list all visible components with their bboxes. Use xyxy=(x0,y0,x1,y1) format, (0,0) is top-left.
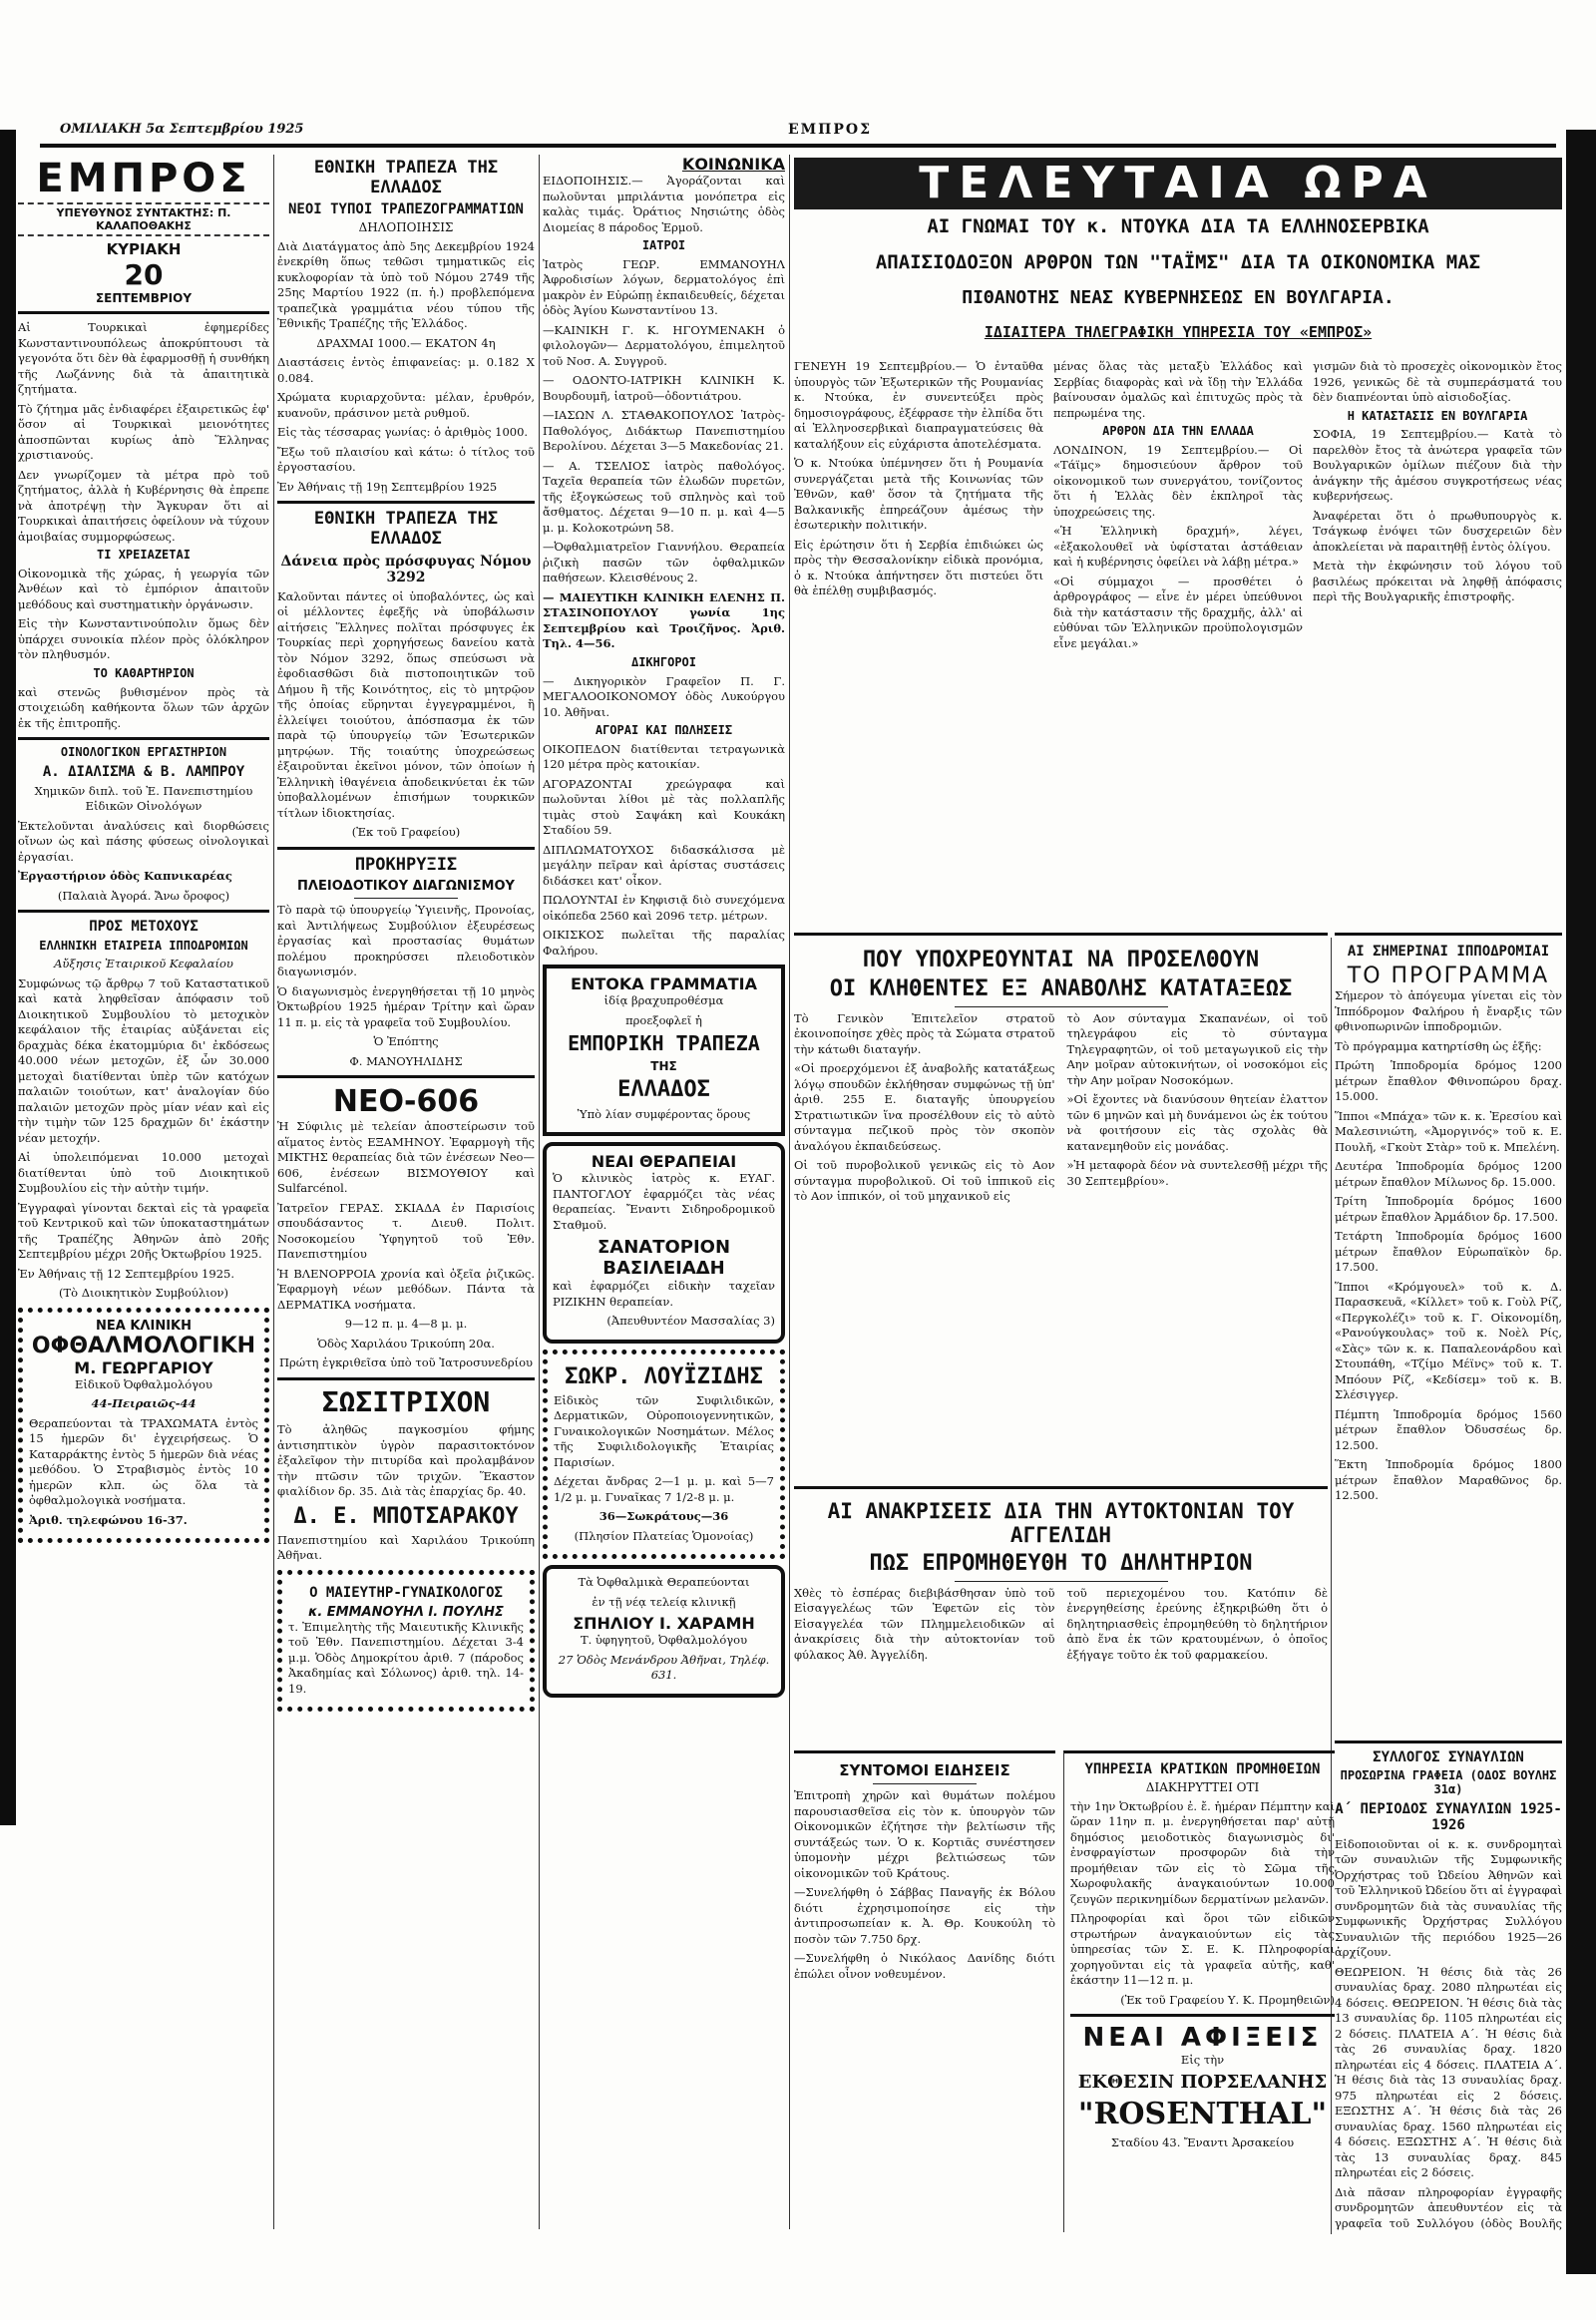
editorial-paragraph: Τὸ ζήτημα μᾶς ἐνδιαφέρει ἐξαιρετικῶς ἐφ'… xyxy=(18,402,269,464)
column-rule xyxy=(273,155,274,2229)
running-head: ΟΜΙΛΙΑΚΗ 5α Σεπτεμβρίου 1925 ΕΜΠΡΟΣ xyxy=(40,128,1556,148)
running-head-title: ΕΜΠΡΟΣ xyxy=(788,122,872,138)
conscripts-article: ΠΟΥ ΥΠΟΧΡΕΟΥΝΤΑΙ ΝΑ ΠΡΟΣΕΛΘΟΥΝ ΟΙ ΚΛΗΘΕΝ… xyxy=(794,933,1328,1474)
lead-headline-1: ΑΙ ΓΝΩΜΑΙ ΤΟΥ κ. ΝΤΟΥΚΑ ΔΙΑ ΤΑ ΕΛΛΗΝΟΣΕΡ… xyxy=(794,215,1562,237)
loan-heading: ΕΘΝΙΚΗ ΤΡΑΠΕΖΑ ΤΗΣ ΕΛΛΑΔΟΣ xyxy=(277,510,535,549)
bank-heading: ΕΘΝΙΚΗ ΤΡΑΠΕΖΑ ΤΗΣ ΕΛΛΑΔΟΣ xyxy=(277,159,535,197)
ad-obstetrician: Ο ΜΑΙΕΥΤΗΡ-ΓΥΝΑΙΚΟΛΟΓΟΣ κ. ΕΜΜΑΝΟΥΗΛ Ι. … xyxy=(277,1570,535,1713)
column-rule xyxy=(789,155,790,2229)
issue-day: ΚΥΡΙΑΚΗ xyxy=(18,240,269,258)
concert-society-notice: ΣΥΛΛΟΓΟΣ ΣΥΝΑΥΛΙΩΝ ΠΡΟΣΩΡΙΝΑ ΓΡΑΦΕΙΑ (ΟΔ… xyxy=(1335,1740,1562,2232)
lead-headline-3: ΠΙΘΑΝΟΤΗΣ ΝΕΑΣ ΚΥΒΕΡΝΗΣΕΩΣ ΕΝ ΒΟΥΛΓΑΡΙΑ. xyxy=(794,287,1562,308)
editorial-paragraph: Εἰς τὴν Κωνσταντινούπολιν ὅμως δὲν ὑπάρχ… xyxy=(18,616,269,663)
running-head-left: ΟΜΙΛΙΑΚΗ 5α Σεπτεμβρίου 1925 xyxy=(60,122,303,137)
ad-rosenthal: ΝΕΑΙ ΑΦΙΞΕΙΣ Εἰς τὴν ΕΚΘΕΣΙΝ ΠΟΡΣΕΛΑΝΗΣ … xyxy=(1070,2023,1335,2150)
ad-oenology: ΟΙΝΟΛΟΓΙΚΟΝ ΕΡΓΑΣΤΗΡΙΟΝ Α. ΔΙΑΛΙΣΜΑ & Β.… xyxy=(18,746,269,904)
column-2: ΕΘΝΙΚΗ ΤΡΑΠΕΖΑ ΤΗΣ ΕΛΛΑΔΟΣ ΝΕΟΙ ΤΥΠΟΙ ΤΡ… xyxy=(277,155,535,2229)
horse-races-program: ΑΙ ΣΗΜΕΡΙΝΑΙ ΙΠΠΟΔΡΟΜΙΑΙ ΤΟ ΠΡΟΓΡΑΜΜΑ Σή… xyxy=(1335,933,1562,1734)
section-social: ΚΟΙΝΩΝΙΚΑ xyxy=(543,155,785,174)
editorial-heading: ΤΙ ΧΡΕΙΑΖΕΤΑΙ xyxy=(18,549,269,563)
lead-headline-2: ΑΠΑΙΣΙΟΔΟΞΟΝ ΑΡΘΡΟΝ ΤΩΝ "ΤΑΪΜΣ" ΔΙΑ ΤΑ Ο… xyxy=(794,251,1562,273)
editorial-paragraph: Οἰκονομικὰ τῆς χώρας, ἡ γεωργία τῶν Ἀνθέ… xyxy=(18,567,269,613)
lead-headline-4: ΙΔΙΑΙΤΕΡΑ ΤΗΛΕΓΡΑΦΙΚΗ ΥΠΗΡΕΣΙΑ ΤΟΥ «ΕΜΠΡ… xyxy=(794,323,1562,341)
issue-date: ΚΥΡΙΑΚΗ 20 ΣΕΠΤΕΜΒΡΙΟΥ xyxy=(18,240,269,305)
editorial-paragraph: Δεν γνωρίζομεν τὰ μέτρα πρὸ τοῦ ζητήματο… xyxy=(18,468,269,546)
editorial-paragraph: καὶ στενῶς βυθισμένον πρὸς τὰ στοιχειώδη… xyxy=(18,685,269,732)
ad-neo606: ΝΕΟ-606 Ἡ Σύφιλις μὲ τελείαν ἀποστείρωσι… xyxy=(277,1084,535,1371)
column-3: ΚΟΙΝΩΝΙΚΑ ΕΙΔΟΠΟΙΗΣΙΣ.— Ἀγοράζονται καὶ … xyxy=(543,155,785,2229)
masthead-title: ΕΜΠΡΟΣ xyxy=(18,155,269,202)
ad-commercial-bank: ΕΝΤΟΚΑ ΓΡΑΜΜΑΤΙΑ ἰδίᾳ βραχυπροθέσμα προε… xyxy=(543,965,785,1136)
suicide-investigation-article: ΑΙ ΑΝΑΚΡΙΣΕΙΣ ΔΙΑ ΤΗΝ ΑΥΤΟΚΤΟΝΙΑΝ ΤΟΥ ΑΓ… xyxy=(794,1486,1328,1739)
editorial-paragraph: Αἱ Τουρκικαὶ ἐφημερίδες Κωνσταντινουπόλε… xyxy=(18,320,269,398)
brief-news: ΣΥΝΤΟΜΟΙ ΕΙΔΗΣΕΙΣ Ἐπιτροπὴ χηρῶν καὶ θυμ… xyxy=(794,1750,1055,2232)
ad-louizidis: ΣΩΚΡ. ΛΟΥΪΖΙΔΗΣ Εἰδικὸς τῶν Συφιλιδικῶν,… xyxy=(543,1350,785,1560)
ad-new-therapies: ΝΕΑΙ ΘΕΡΑΠΕΙΑΙ Ὁ κλινικὸς ἰατρὸς κ. ΕΥΑΓ… xyxy=(543,1142,785,1344)
lead-story-columns: ΓΕΝΕΥΗ 19 Σεπτεμβρίου.— Ὁ ἐνταῦθα ὑπουργ… xyxy=(794,359,1562,918)
bank-subheading: ΝΕΟΙ ΤΥΠΟΙ ΤΡΑΠΕΖΟΓΡΑΜΜΑΤΙΩΝ xyxy=(277,201,535,217)
column-rule xyxy=(539,155,540,2229)
ad-charamis-eye-clinic: Τὰ Ὀφθαλμικὰ Θεραπεύονται ἐν τῇ νέᾳ τελε… xyxy=(543,1565,785,1698)
torn-edge-left xyxy=(0,130,16,1825)
column-1: ΕΜΠΡΟΣ ΥΠΕΥΘΥΝΟΣ ΣΥΝΤΑΚΤΗΣ: Π. ΚΑΛΑΠΟΘΑΚ… xyxy=(18,155,269,2229)
newspaper-page: ΟΜΙΛΙΑΚΗ 5α Σεπτεμβρίου 1925 ΕΜΠΡΟΣ ΕΜΠΡ… xyxy=(0,0,1596,2320)
ad-ophthalmology-clinic: ΝΕΑ ΚΛΙΝΙΚΗ ΟΦΘΑΛΜΟΛΟΓΙΚΗ Μ. ΓΕΩΡΓΑΡΙΟΥ … xyxy=(18,1308,269,1544)
ad-sositrichon: ΣΩΣΙΤΡΙΧΟΝ Τὸ ἀληθῶς παγκοσμίου φήμης ἀν… xyxy=(277,1386,535,1564)
issue-month: ΣΕΠΤΕΜΒΡΙΟΥ xyxy=(18,291,269,305)
tender-heading: ΠΡΟΚΗΡΥΞΙΣ xyxy=(277,856,535,876)
masthead-editor: ΥΠΕΥΘΥΝΟΣ ΣΥΝΤΑΚΤΗΣ: Π. ΚΑΛΑΠΟΘΑΚΗΣ xyxy=(18,202,269,236)
last-hour-banner: ΤΕΛΕΥΤΑΙΑ ΩΡΑ xyxy=(794,158,1562,209)
procurement-notice: ΥΠΗΡΕΣΙΑ ΚΡΑΤΙΚΩΝ ΠΡΟΜΗΘΕΙΩΝ ΔΙΑΚΗΡΥΤΤΕΙ… xyxy=(1063,1750,1335,2232)
shareholder-notice: ΠΡΟΣ ΜΕΤΟΧΟΥΣ ΕΛΛΗΝΙΚΗ ΕΤΑΙΡΕΙΑ ΙΠΠΟΔΡΟΜ… xyxy=(18,919,269,1301)
editorial-heading: ΤΟ ΚΑΘΑΡΤΗΡΙΟΝ xyxy=(18,667,269,681)
issue-date-number: 20 xyxy=(18,258,269,291)
torn-edge-right xyxy=(1566,130,1596,2274)
